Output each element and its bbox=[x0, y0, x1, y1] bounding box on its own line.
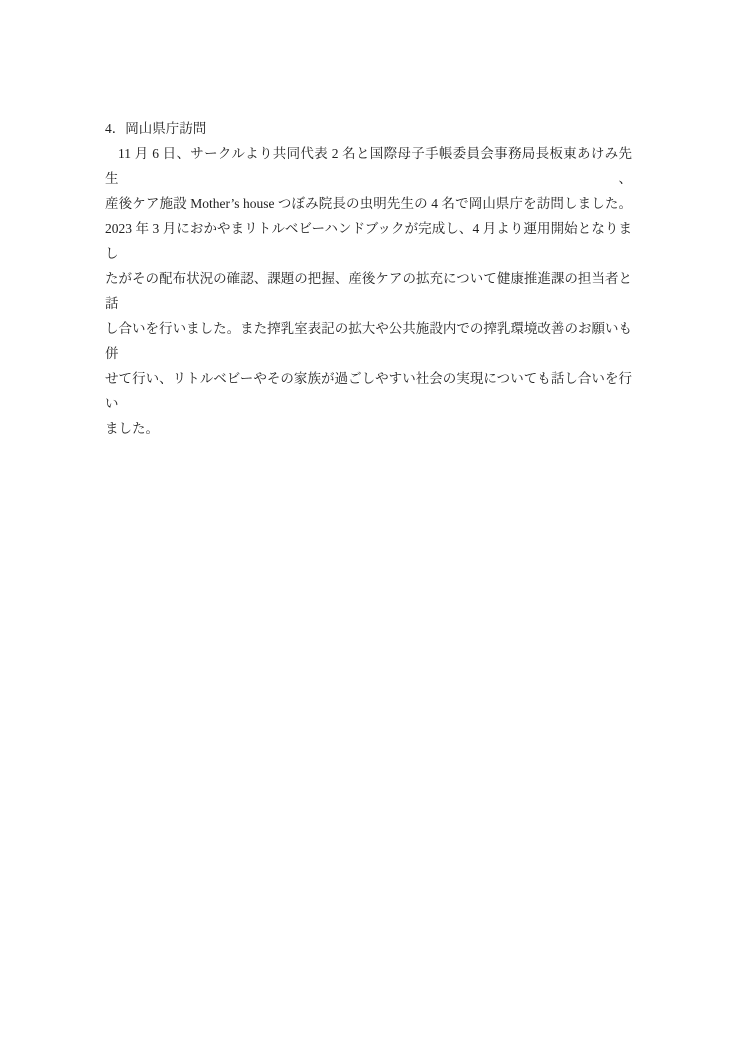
document-page: 4．岡山県庁訪問 11 月 6 日、サークルより共同代表 2 名と国際母子手帳委… bbox=[0, 0, 736, 1040]
paragraph-line: 2023 年 3 月におかやまリトルベビーハンドブックが完成し、4 月より運用開… bbox=[105, 216, 632, 266]
paragraph-line: 11 月 6 日、サークルより共同代表 2 名と国際母子手帳委員会事務局長板東あ… bbox=[105, 141, 632, 191]
paragraph-line: せて行い、リトルベビーやその家族が過ごしやすい社会の実現についても話し合いを行い bbox=[105, 366, 632, 416]
paragraph-line: し合いを行いました。また搾乳室表記の拡大や公共施設内での搾乳環境改善のお願いも併 bbox=[105, 316, 632, 366]
paragraph: 11 月 6 日、サークルより共同代表 2 名と国際母子手帳委員会事務局長板東あ… bbox=[105, 141, 632, 441]
document-content: 4．岡山県庁訪問 11 月 6 日、サークルより共同代表 2 名と国際母子手帳委… bbox=[105, 116, 632, 441]
paragraph-line: たがその配布状況の確認、課題の把握、産後ケアの拡充について健康推進課の担当者と話 bbox=[105, 266, 632, 316]
section-heading: 4．岡山県庁訪問 bbox=[105, 116, 632, 141]
paragraph-line: ました。 bbox=[105, 416, 632, 441]
paragraph-line: 産後ケア施設 Mother’s house つぼみ院長の虫明先生の 4 名で岡山… bbox=[105, 191, 632, 216]
